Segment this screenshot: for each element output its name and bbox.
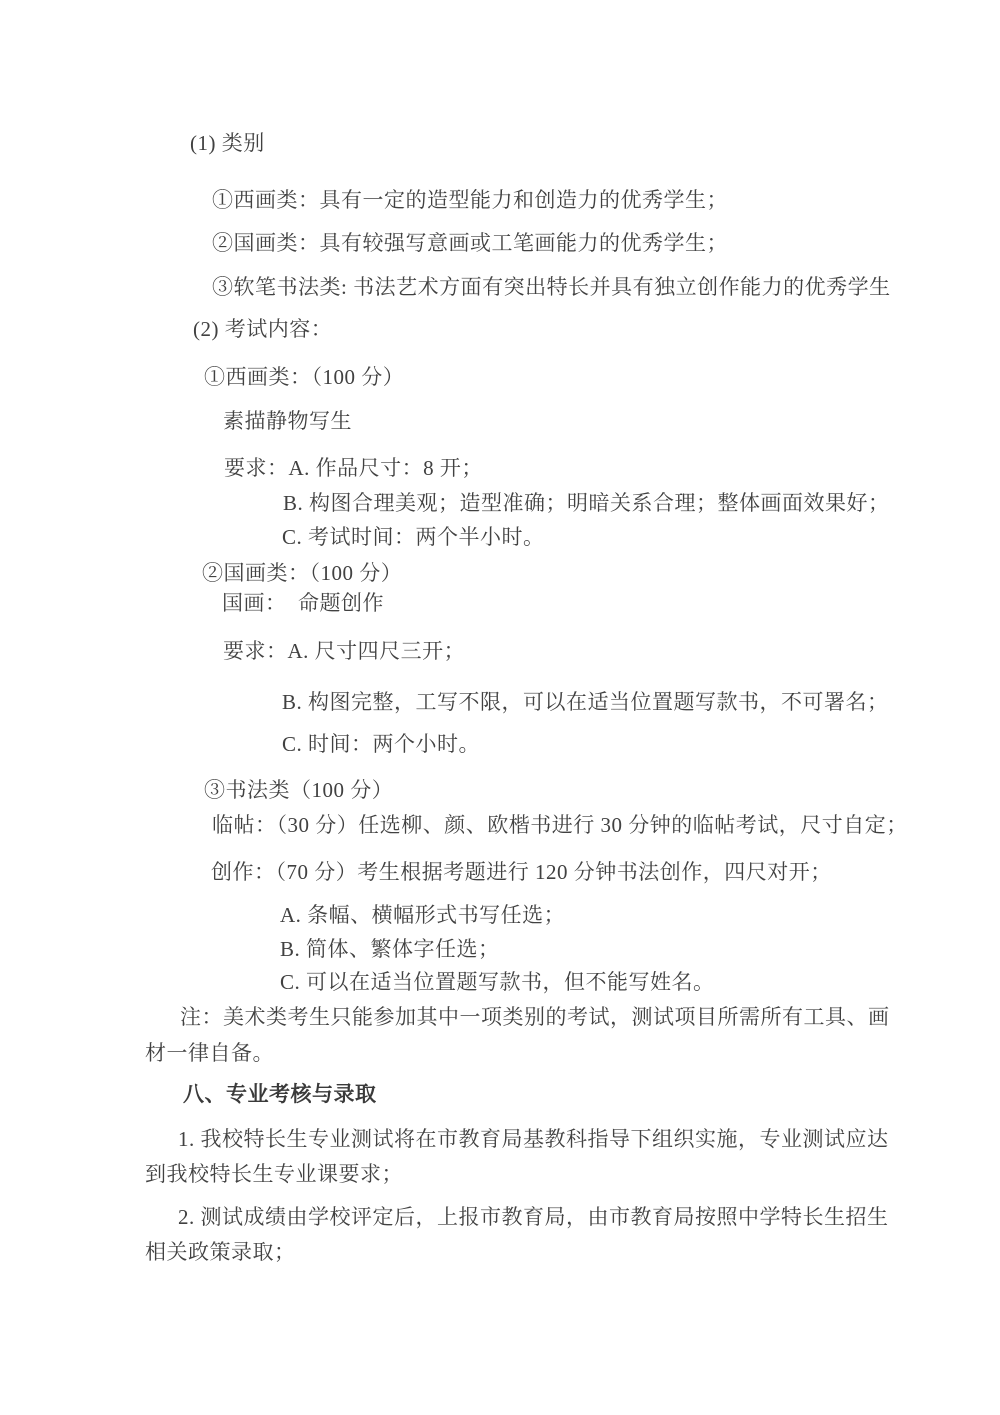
item-1-line-1: 1. 我校特长生专业测试将在市教育局基教科指导下组织实施，专业测试应达 [178,1127,889,1151]
calligraphy-score: ③书法类（100 分） [204,778,393,802]
note-line-1: 注：美术类考生只能参加其中一项类别的考试，测试项目所需所有工具、画 [180,1005,890,1029]
section-8-heading: 八、专业考核与录取 [183,1082,377,1106]
chinese-painting-category: ②国画类：具有较强写意画或工笔画能力的优秀学生； [212,231,728,255]
creation-item: 创作：（70 分）考生根据考题进行 120 分钟书法创作，四尺对开； [211,860,832,884]
chinese-requirement-b: B. 构图完整，工写不限，可以在适当位置题写款书，不可署名； [282,690,889,714]
chinese-painting-subject: 国画： 命题创作 [222,591,384,615]
calligraphy-option-b: B. 简体、繁体字任选； [280,937,500,961]
western-requirement-c: C. 考试时间：两个半小时。 [282,525,545,549]
chinese-painting-score: ②国画类：（100 分） [202,561,402,585]
western-requirement-a: 要求：A. 作品尺寸：8 开； [224,456,483,480]
sketch-subject: 素描静物写生 [223,409,352,433]
western-painting-score: ①西画类：（100 分） [204,365,404,389]
chinese-requirement-a: 要求：A. 尺寸四尺三开； [223,639,465,663]
calligraphy-option-a: A. 条幅、横幅形式书写任选； [280,903,565,927]
copying-item: 临帖：（30 分）任选柳、颜、欧楷书进行 30 分钟的临帖考试，尺寸自定； [212,813,908,837]
item-1-line-2: 到我校特长生专业课要求； [145,1162,403,1186]
item-2-line-2: 相关政策录取； [145,1240,296,1264]
calligraphy-option-c: C. 可以在适当位置题写款书，但不能写姓名。 [280,970,715,994]
western-requirement-b: B. 构图合理美观；造型准确；明暗关系合理；整体画面效果好； [283,491,890,515]
western-painting-category: ①西画类：具有一定的造型能力和创造力的优秀学生； [212,188,728,212]
chinese-requirement-c: C. 时间：两个小时。 [282,732,480,756]
clause-2-label: (2) 考试内容： [193,317,332,341]
calligraphy-category: ③软笔书法类: 书法艺术方面有突出特长并具有独立创作能力的优秀学生 [212,275,891,299]
clause-1-label: (1) 类别 [190,131,265,155]
item-2-line-1: 2. 测试成绩由学校评定后，上报市教育局，由市教育局按照中学特长生招生 [178,1205,889,1229]
document-page: (1) 类别 ①西画类：具有一定的造型能力和创造力的优秀学生； ②国画类：具有较… [0,0,1000,1415]
note-line-2: 材一律自备。 [145,1041,274,1065]
